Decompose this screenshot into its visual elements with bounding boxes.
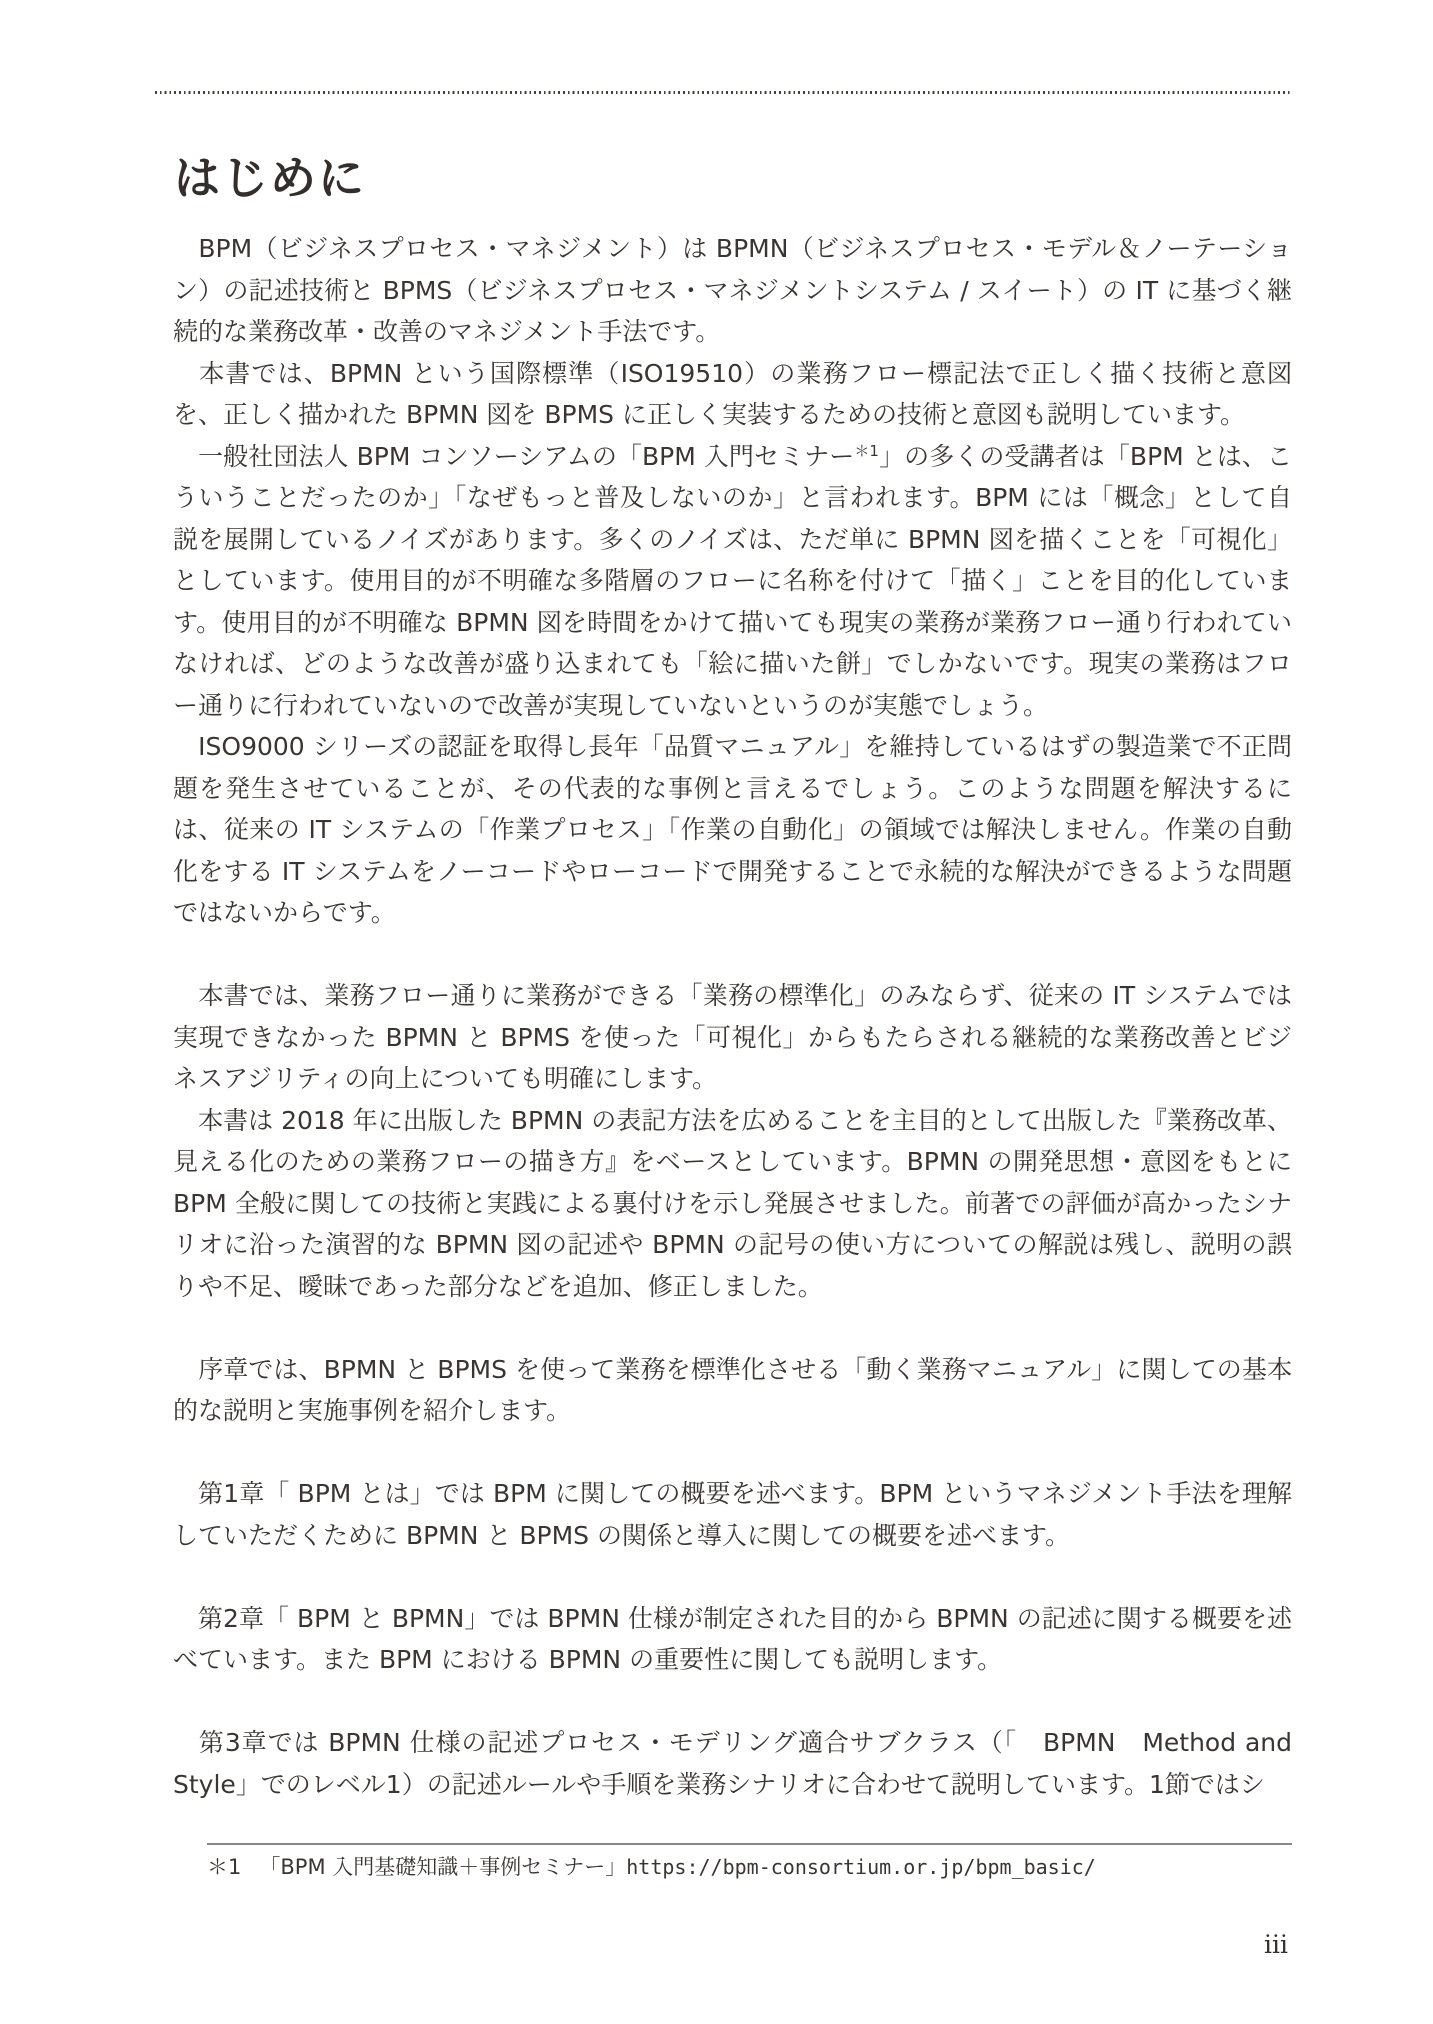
- paragraph-chapter1: 第1章「 BPM とは」では BPM に関しての概要を述べます。BPM というマ…: [173, 1473, 1292, 1556]
- body-text: BPM（ビジネスプロセス・マネジメント）は BPMN（ビジネスプロセス・モデル＆…: [173, 228, 1292, 1805]
- paragraph-chapter0: 序章では、BPMN と BPMS を使って業務を標準化させる「動く業務マニュアル…: [173, 1349, 1292, 1432]
- paragraph-iso9000: ISO9000 シリーズの認証を取得し長年「品質マニュアル」を維持しているはずの…: [173, 726, 1292, 934]
- header-dotted-rule: [155, 91, 1292, 94]
- footnote: ＊1「BPM 入門基礎知識＋事例セミナー」https://bpm-consort…: [207, 1852, 1307, 1882]
- paragraph-intro-bpm: BPM（ビジネスプロセス・マネジメント）は BPMN（ビジネスプロセス・モデル＆…: [173, 228, 1292, 353]
- footnote-url: https://bpm-consortium.or.jp/bpm_basic/: [626, 1855, 1096, 1879]
- footnote-separator-rule: [207, 1843, 1292, 1845]
- paragraph-seminar-text-after: 」の多くの受講者は「BPM とは、こういうことだったのか」「なぜもっと普及しない…: [173, 442, 1292, 720]
- paragraph-book-purpose: 本書では、BPMN という国際標準（ISO19510）の業務フロー標記法で正しく…: [173, 353, 1292, 436]
- paragraph-seminar-text-before: 一般社団法人 BPM コンソーシアムの「BPM 入門セミナー: [173, 442, 854, 471]
- paragraph-2018-edition: 本書は 2018 年に出版した BPMN の表記方法を広めることを主目的として出…: [173, 1100, 1292, 1308]
- paragraph-standardization: 本書では、業務フロー通りに業務ができる「業務の標準化」のみならず、従来の IT …: [173, 975, 1292, 1100]
- paragraph-chapter3: 第3章では BPMN 仕様の記述プロセス・モデリング適合サブクラス（「 BPMN…: [173, 1722, 1292, 1805]
- footnote-reference-marker: ＊1: [854, 442, 879, 460]
- paragraph-seminar: 一般社団法人 BPM コンソーシアムの「BPM 入門セミナー＊1」の多くの受講者…: [173, 436, 1292, 727]
- footnote-marker: ＊1: [207, 1855, 241, 1879]
- page-title: はじめに: [174, 150, 366, 206]
- book-preface-page: はじめに BPM（ビジネスプロセス・マネジメント）は BPMN（ビジネスプロセス…: [0, 0, 1433, 2024]
- paragraph-chapter2: 第2章「 BPM と BPMN」では BPMN 仕様が制定された目的から BPM…: [173, 1598, 1292, 1681]
- footnote-label: 「BPM 入門基礎知識＋事例セミナー」: [259, 1855, 626, 1879]
- page-number: iii: [1264, 1930, 1288, 1959]
